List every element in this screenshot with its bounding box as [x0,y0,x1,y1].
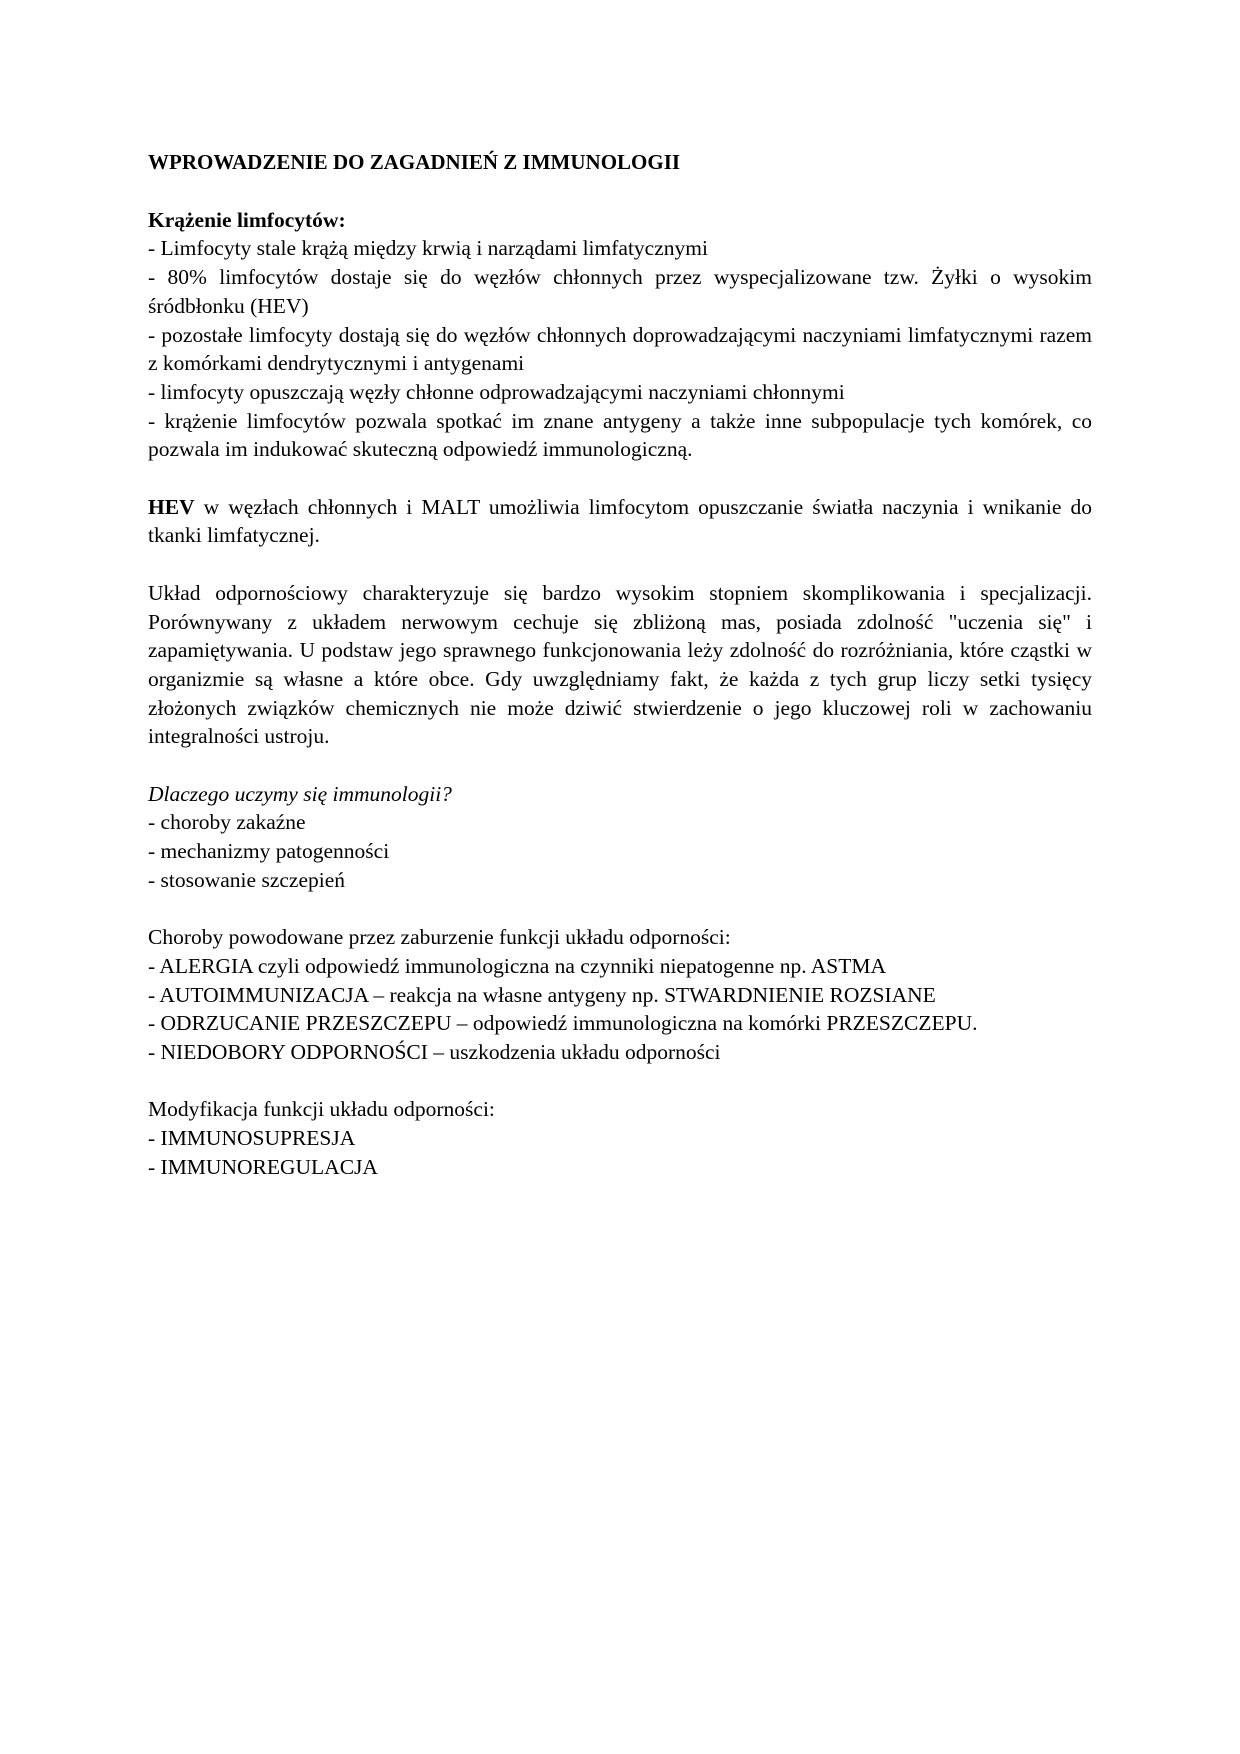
list-item: - mechanizmy patogenności [148,837,1092,866]
section-heading-diseases: Choroby powodowane przez zaburzenie funk… [148,923,1092,952]
list-item: - ALERGIA czyli odpowiedź immunologiczna… [148,952,1092,981]
list-item: - ODRZUCANIE PRZESZCZEPU – odpowiedź imm… [148,1009,1092,1038]
list-item: - Limfocyty stale krążą między krwią i n… [148,234,1092,263]
document-page: WPROWADZENIE DO ZAGADNIEŃ Z IMMUNOLOGII … [148,148,1092,1182]
list-item: - choroby zakaźne [148,808,1092,837]
section-heading-lymphocyte-circulation: Krążenie limfocytów: [148,206,1092,235]
document-title: WPROWADZENIE DO ZAGADNIEŃ Z IMMUNOLOGII [148,148,1092,177]
hev-term: HEV [148,495,195,519]
list-item: - pozostałe limfocyty dostają się do węz… [148,321,1092,378]
hev-text: w węzłach chłonnych i MALT umożliwia lim… [148,495,1092,548]
list-item: - IMMUNOREGULACJA [148,1153,1092,1182]
section-heading-modification: Modyfikacja funkcji układu odporności: [148,1095,1092,1124]
section-heading-why-immunology: Dlaczego uczymy się immunologii? [148,780,1092,809]
immune-system-paragraph: Układ odpornościowy charakteryzuje się b… [148,579,1092,751]
list-item: - NIEDOBORY ODPORNOŚCI – uszkodzenia ukł… [148,1038,1092,1067]
list-item: - limfocyty opuszczają węzły chłonne odp… [148,378,1092,407]
list-item: - AUTOIMMUNIZACJA – reakcja na własne an… [148,981,1092,1010]
list-item: - 80% limfocytów dostaje się do węzłów c… [148,263,1092,320]
list-item: - stosowanie szczepień [148,866,1092,895]
list-item: - IMMUNOSUPRESJA [148,1124,1092,1153]
list-item: - krążenie limfocytów pozwala spotkać im… [148,407,1092,464]
hev-paragraph: HEV w węzłach chłonnych i MALT umożliwia… [148,493,1092,550]
